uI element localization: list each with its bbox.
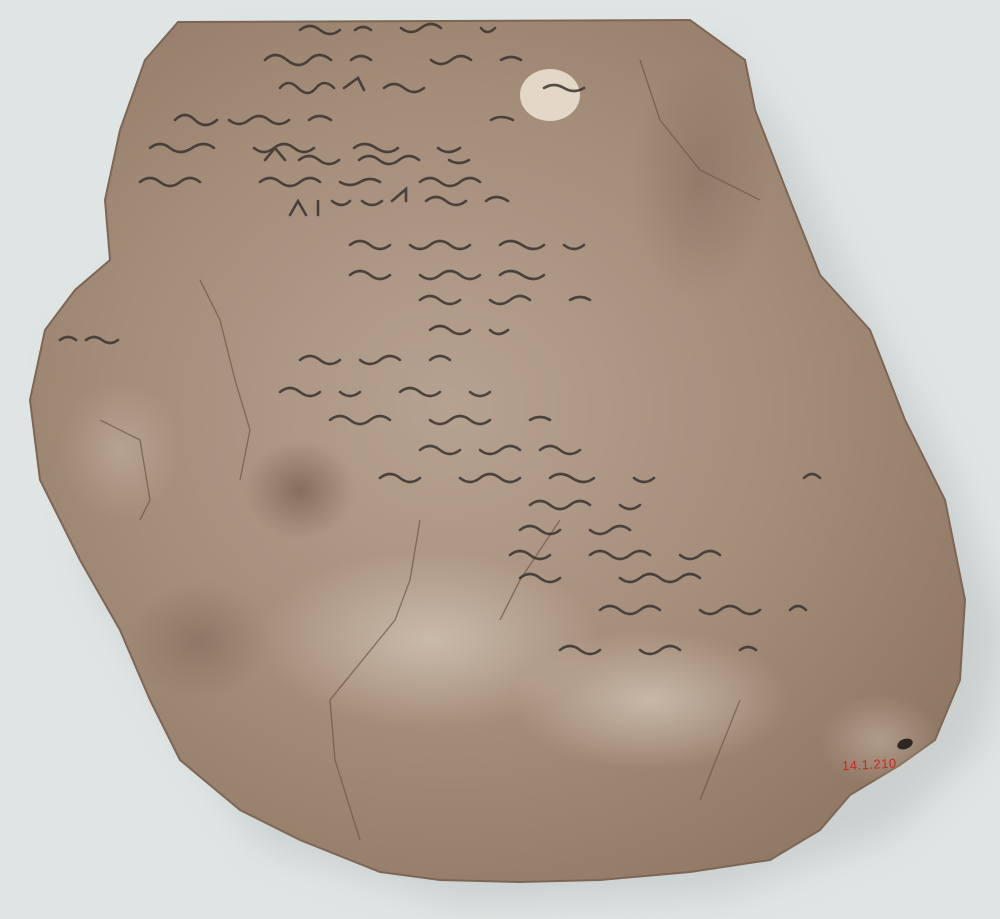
ostracon-photo: [0, 0, 1000, 919]
accession-number-label: 14.1.210: [842, 756, 897, 774]
